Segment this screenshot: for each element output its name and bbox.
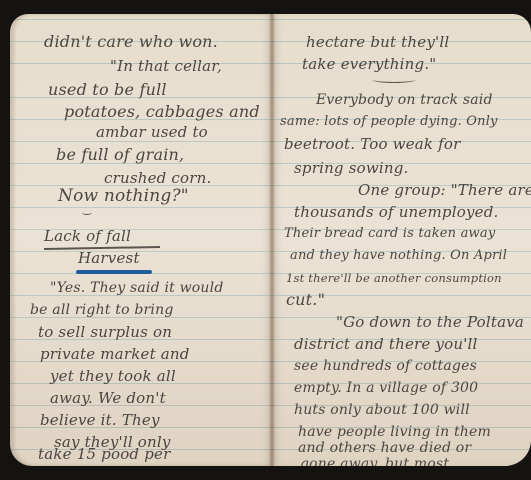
- handwritten-line: and they have nothing. On April: [290, 246, 507, 266]
- handwritten-line: Now nothing?": [58, 186, 189, 206]
- handwritten-line: One group: "There are: [358, 180, 531, 200]
- notebook-spread: didn't care who won. "In that cellar, us…: [10, 14, 531, 466]
- handwritten-line: take everything.": [302, 54, 436, 74]
- handwritten-line: 1st there'll be another consumption: [286, 268, 502, 288]
- handwritten-line: see hundreds of cottages: [294, 356, 477, 376]
- blue-ink-underline: [76, 270, 152, 274]
- pencil-mark: [372, 76, 416, 83]
- handwritten-line: "Yes. They said it would: [50, 278, 223, 298]
- handwritten-line: same: lots of people dying. Only: [280, 112, 498, 132]
- handwritten-line: crushed corn.: [104, 168, 211, 188]
- handwritten-line: take 15 pood per: [38, 444, 170, 464]
- handwritten-line: district and there you'll: [294, 334, 478, 354]
- handwritten-line: Their bread card is taken away: [284, 224, 495, 244]
- handwritten-line: used to be full: [48, 80, 167, 100]
- handwritten-line: be all right to bring: [30, 300, 174, 320]
- handwritten-line: ambar used to: [96, 122, 208, 142]
- handwritten-line: "Go down to the Poltava: [336, 312, 524, 332]
- handwritten-line: huts only about 100 will: [294, 400, 470, 420]
- handwritten-line: empty. In a village of 300: [294, 378, 478, 398]
- handwritten-line: away. We don't: [50, 388, 166, 408]
- handwritten-line: beetroot. Too weak for: [284, 134, 461, 154]
- handwritten-line: cut.": [286, 290, 325, 310]
- handwritten-line: yet they took all: [50, 366, 176, 386]
- handwritten-line: "In that cellar,: [110, 56, 222, 76]
- heading-line: Harvest: [78, 248, 140, 268]
- left-page: didn't care who won. "In that cellar, us…: [10, 14, 272, 466]
- heading-line: Lack of fall: [44, 226, 131, 246]
- handwritten-line: believe it. They: [40, 410, 160, 430]
- handwritten-line: thousands of unemployed.: [294, 202, 498, 222]
- right-page: hectare but they'll take everything." Ev…: [272, 14, 531, 466]
- pencil-mark: [82, 210, 92, 215]
- handwritten-line: be full of grain,: [56, 145, 184, 165]
- handwritten-line: gone away, but most: [300, 454, 449, 466]
- handwritten-line: Everybody on track said: [316, 90, 493, 110]
- handwritten-line: to sell surplus on: [38, 322, 172, 342]
- handwritten-line: hectare but they'll: [306, 32, 449, 52]
- handwritten-line: private market and: [40, 344, 190, 364]
- handwritten-line: potatoes, cabbages and: [64, 102, 260, 122]
- handwritten-line: spring sowing.: [294, 158, 409, 178]
- handwritten-line: didn't care who won.: [44, 32, 218, 52]
- notebook-spine: [269, 14, 275, 466]
